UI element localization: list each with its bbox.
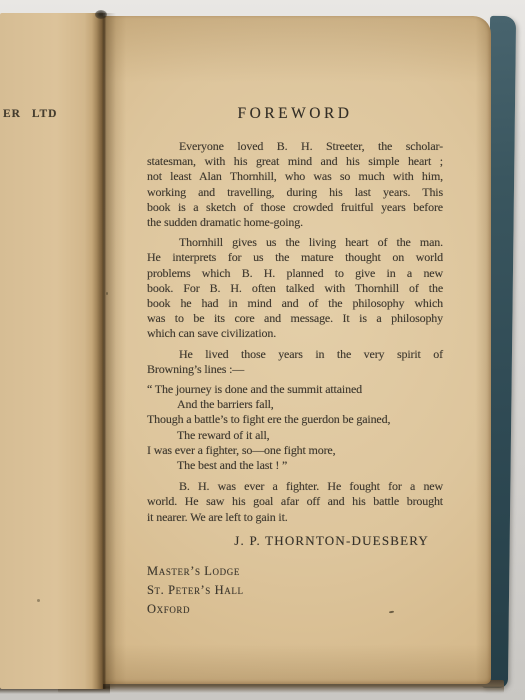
paper-speck [37, 599, 40, 602]
text-line: Everyone loved B. H. Streeter, the schol… [147, 139, 443, 154]
poem-line: “ The journey is done and the summit att… [147, 382, 443, 397]
author-signature: J. P. THORNTON-DUESBERY [147, 533, 443, 548]
text-line: He lived those years in the very spirit … [147, 347, 443, 362]
address-block: Master’s Lodge St. Peter’s Hall Oxford [147, 562, 443, 619]
address-line: Oxford [147, 600, 443, 619]
text-line: problems which B. H. planned to give in … [147, 266, 443, 281]
paper-speck [106, 292, 108, 295]
poem-line: The best and the last ! ” [147, 458, 443, 473]
address-line: St. Peter’s Hall [147, 581, 443, 600]
text-line: book. For B. H. often talked with Thornh… [147, 281, 443, 296]
paragraph-3: He lived those years in the very spirit … [147, 347, 443, 377]
text-line: the sudden dramatic home-going. [147, 215, 443, 230]
text-line: statesman, with his great mind and his s… [147, 154, 443, 169]
paragraph-1: Everyone loved B. H. Streeter, the schol… [147, 139, 443, 230]
publisher-imprint-fragment: ER LTD [3, 108, 57, 120]
poem-line: The reward of it all, [147, 428, 443, 443]
poem-line: And the barriers fall, [147, 397, 443, 412]
text-line: Browning’s lines :— [147, 362, 443, 377]
text-line: book he had in mind and of the philosoph… [147, 296, 443, 311]
paragraph-4: B. H. was ever a fighter. He fought for … [147, 479, 443, 525]
text-line: book is a sketch of those crowded fruitf… [147, 200, 443, 215]
text-line: it nearer. We are left to gain it. [147, 510, 443, 525]
text-line: not least Alan Thornhill, who was so muc… [147, 169, 443, 184]
gutter-top-notch [95, 10, 107, 19]
address-line: Master’s Lodge [147, 562, 443, 581]
text-line: He interprets for us the mature thought … [147, 250, 443, 265]
browning-quote: “ The journey is done and the summit att… [147, 382, 443, 473]
book-photo: ER LTD FOREWORD Everyone loved B. H. Str… [0, 0, 525, 700]
text-line: working and travelling, during his last … [147, 185, 443, 200]
paragraph-2: Thornhill gives us the living heart of t… [147, 235, 443, 341]
text-line: Thornhill gives us the living heart of t… [147, 235, 443, 250]
foreword-title: FOREWORD [147, 103, 443, 125]
foreword-page-text: FOREWORD Everyone loved B. H. Streeter, … [147, 103, 443, 619]
text-line: which can save civilization. [147, 326, 443, 341]
book-gutter [92, 13, 116, 689]
text-line: was to be its core and message. It is a … [147, 311, 443, 326]
poem-line: I was ever a fighter, so—one fight more, [147, 443, 443, 458]
left-page: ER LTD [0, 13, 103, 689]
text-line: B. H. was ever a fighter. He fought for … [147, 479, 443, 494]
right-page: FOREWORD Everyone loved B. H. Streeter, … [103, 16, 491, 684]
text-line: world. He saw his goal afar off and his … [147, 494, 443, 509]
poem-line: Though a battle’s to fight ere the guerd… [147, 412, 443, 427]
